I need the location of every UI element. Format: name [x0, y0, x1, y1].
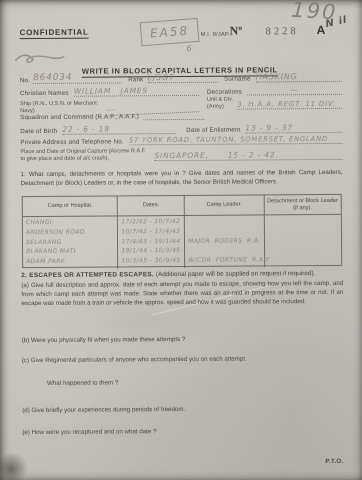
field-rank: Rank L/SGT — [122, 73, 218, 84]
detachment-cell — [268, 246, 338, 256]
field-service-number: No. 864034 — [20, 72, 122, 84]
squadron-value — [143, 119, 204, 120]
question2-heading-text: 2. ESCAPES OR ATTEMPTED ESCAPES. — [21, 271, 154, 279]
column-detachment — [264, 215, 341, 268]
field-squadron: Squadron and Command (R.A.F., A.A.F.) — [20, 113, 204, 121]
dates-cell: 17/4/43 - 19/1/44 — [121, 238, 181, 248]
decorations-label: Decorations — [207, 89, 242, 96]
unit-label-line2: (Army) — [207, 104, 233, 111]
column-camp-leader: MAJOR ROGERS R.A. W/CDR FORTUNE R.A.F. — [185, 216, 265, 269]
rank-value: L/SGT — [147, 73, 218, 83]
unit-value: 3. H.A.A. REGT. 11 DIV. — [237, 100, 342, 110]
dob-value: 22 - 6 - 19 — [62, 124, 176, 135]
capture-value: SINGAPORE, 15 - 2 - 42. — [154, 150, 342, 161]
christian-names-value: WILLIAM JAMES — [74, 86, 199, 97]
question2b-text: (b) Were you physically fit when you mad… — [22, 335, 344, 344]
scanned-document: CONFIDENTIAL EA58 6 190 N il M.I. 9/JAP.… — [0, 0, 362, 480]
field-decorations: Decorations — — [199, 85, 342, 96]
camps-table-body: CHANGI: ANDERSON ROAD SELARANG BLAKANG M… — [23, 215, 341, 267]
camps-table: Camp or Hospital. Dates. Camp Leader. De… — [22, 194, 342, 269]
rank-label: Rank — [128, 76, 143, 83]
christian-names-label: Christian Names — [20, 90, 69, 97]
detachment-cell — [268, 236, 338, 246]
form-reference: M.I. 9/JAP. — [201, 32, 231, 38]
detachment-cell — [268, 227, 338, 237]
question2d-text: (d) Give briefly your experiences during… — [22, 405, 344, 414]
decorations-value: — — [247, 85, 342, 96]
question2a-text: (a) Give full description and approx. da… — [21, 280, 343, 309]
column-dates: 17/2/42 - 10/7/42 10/7/42 - 17/4/43 17/4… — [118, 216, 185, 268]
question2-heading-note: (Additional paper will be supplied on re… — [154, 270, 315, 278]
capture-label: Place and Date of Original Capture (Airc… — [20, 148, 148, 163]
surname-value: HASKING — [256, 72, 342, 83]
detachment-cell — [268, 217, 338, 227]
field-date-of-birth: Date of Birth 22 - 6 - 19 — [20, 124, 176, 135]
dates-cell: 19/1/44 - 10/3/45 — [121, 247, 181, 257]
question2c-followup-text: What happened to them ? — [47, 379, 118, 386]
dates-cell: 17/2/42 - 10/7/42 — [121, 218, 181, 228]
field-address: Private Address and Telephone No. 57 YOR… — [20, 135, 342, 146]
row-dates: Date of Birth 22 - 6 - 19 Date of Enlist… — [20, 123, 342, 135]
address-label: Private Address and Telephone No. — [20, 138, 124, 146]
row-address: Private Address and Telephone No. 57 YOR… — [20, 135, 342, 146]
header-dates: Dates. — [118, 196, 185, 216]
dob-label: Date of Birth — [20, 128, 57, 135]
field-unit-div: Unit & Div. (Army) 3. H.A.A. REGT. 11 DI… — [199, 96, 342, 111]
header-camp-or-hospital: Camp or Hospital. — [23, 196, 119, 216]
no-value: 864034 — [33, 72, 122, 84]
serial-suffix: A — [316, 23, 325, 37]
unit-label: Unit & Div. (Army) — [207, 97, 233, 111]
camp-cell: BLAKANG MATI — [26, 248, 114, 258]
dates-cell: 10/7/42 - 17/4/43 — [121, 228, 181, 238]
camps-table-header: Camp or Hospital. Dates. Camp Leader. De… — [23, 195, 341, 218]
column-camps: CHANGI: ANDERSON ROAD SELARANG BLAKANG M… — [23, 217, 119, 270]
header-detachment-leader: Detachment or Block Leader (if any). — [264, 195, 340, 215]
question2-heading: 2. ESCAPES OR ATTEMPTED ESCAPES. (Additi… — [21, 270, 343, 279]
leader-cell — [188, 247, 261, 257]
camp-cell: CHANGI: — [26, 219, 114, 229]
camp-cell: SELARANG — [26, 238, 114, 248]
question2c-text: (c) Give Regimental particulars of anyon… — [22, 355, 344, 364]
camp-cell: ADAM PARK — [26, 257, 114, 267]
field-christian-names: Christian Names WILLIAM JAMES — [20, 86, 199, 97]
no-label: No. — [20, 77, 30, 84]
pencil-boxed-note: EA58 — [140, 18, 200, 46]
surname-label: Surname — [224, 76, 251, 83]
serial-number-stamp: 8228 — [266, 26, 299, 37]
confidential-stamp: CONFIDENTIAL — [20, 28, 89, 39]
enlistment-label: Date of Enlistment — [186, 127, 240, 134]
question1-text: 1. What camps, detachments or hospitals … — [21, 169, 343, 189]
number-sign: Nº — [229, 24, 242, 39]
pencil-tiny-mark: 6 — [187, 44, 193, 53]
pto-label: P.T.O. — [325, 458, 343, 465]
row-squadron: Squadron and Command (R.A.F., A.A.F.) — [20, 112, 342, 121]
leader-cell — [188, 218, 261, 228]
leader-cell: W/CDR FORTUNE R.A.F. — [188, 256, 261, 266]
squadron-label: Squadron and Command (R.A.F., A.A.F.) — [20, 113, 139, 121]
field-surname: Surname HASKING — [218, 72, 342, 83]
detachment-cell — [268, 256, 338, 266]
camp-cell: ANDERSON ROAD — [26, 228, 114, 238]
header-camp-leader: Camp Leader. — [185, 195, 265, 215]
row-no-rank-surname: No. 864034 Rank L/SGT Surname HASKING — [20, 71, 342, 84]
dates-cell: 10/3/45 - 30/9/45 — [122, 257, 182, 267]
leader-cell — [188, 227, 261, 237]
enlistment-value: 13 - 9 - 37 — [245, 123, 342, 134]
question2e-text: (e) How were you recaptured and on what … — [22, 427, 344, 436]
field-date-of-enlistment: Date of Enlistment 13 - 9 - 37 — [176, 123, 342, 134]
row-capture: Place and Date of Original Capture (Airc… — [20, 147, 342, 163]
leader-cell: MAJOR ROGERS R.A. — [188, 237, 261, 247]
address-value: 57 YORK ROAD, TAUNTON, SOMERSET, ENGLAND — [129, 135, 343, 145]
